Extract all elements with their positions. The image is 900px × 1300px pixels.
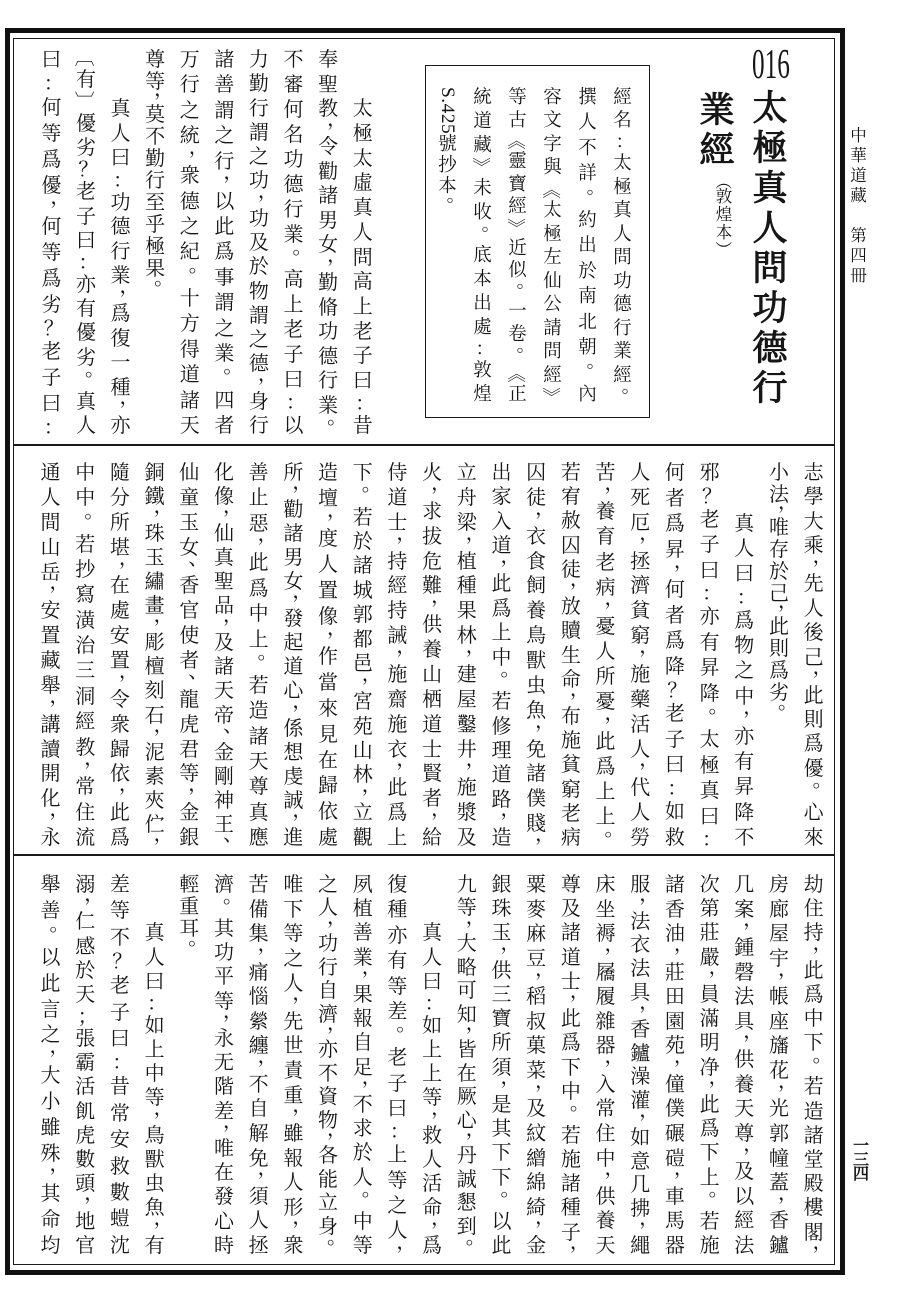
glyph: 太 — [700, 728, 720, 750]
punctuation: ， — [466, 1118, 486, 1129]
glyph: 寶 — [508, 174, 527, 195]
punctuation: 。 — [813, 769, 833, 787]
glyph: 唯 — [283, 873, 303, 895]
glyph: 須 — [249, 1185, 269, 1207]
glyph: 聖 — [214, 570, 234, 592]
glyph: 所 — [110, 511, 130, 533]
glyph: 布 — [561, 705, 581, 727]
glyph: 法 — [734, 985, 754, 1007]
glyph: 流 — [75, 826, 95, 848]
glyph: 不 — [353, 1093, 373, 1115]
punctuation: ， — [327, 616, 347, 627]
punctuation: ： — [147, 992, 167, 1010]
glyph: 曰 — [111, 146, 131, 168]
glyph: 優 — [76, 321, 96, 343]
punctuation: 。 — [189, 253, 209, 271]
text-column: 立舟梁，植種果林，建屋鑿井，施漿及 — [449, 461, 484, 848]
glyph: 三 — [491, 983, 511, 1005]
glyph: 此 — [387, 776, 407, 798]
glyph: 存 — [769, 538, 789, 560]
glyph: 德 — [318, 345, 338, 367]
glyph: 人 — [422, 1148, 442, 1170]
punctuation: 。 — [258, 640, 278, 658]
glyph: 問 — [753, 249, 788, 289]
glyph: 洞 — [75, 685, 95, 707]
glyph: 此 — [491, 1234, 511, 1256]
glyph: 供 — [596, 1185, 616, 1207]
punctuation: ： — [44, 72, 64, 90]
punctuation: ， — [639, 1099, 659, 1110]
glyph: 道 — [561, 946, 581, 968]
punctuation: ？ — [112, 950, 132, 968]
punctuation: ， — [674, 549, 694, 560]
glyph: 勞 — [630, 826, 650, 848]
glyph: 男 — [283, 546, 303, 568]
glyph: 本 — [473, 269, 492, 290]
glyph: 懇 — [457, 1191, 477, 1213]
punctuation: ： — [475, 339, 494, 356]
text-column: 銀珠玉，供三寶所須，是其下下。以此 — [484, 873, 519, 1256]
glyph: 上 — [145, 1038, 165, 1060]
glyph: 施 — [630, 663, 650, 685]
glyph: 如 — [422, 1014, 442, 1036]
glyph: 則 — [769, 637, 789, 659]
punctuation: ， — [778, 957, 798, 968]
bracket: 〕 — [77, 91, 95, 111]
glyph: 僕 — [665, 1097, 685, 1119]
glyph: 中 — [850, 126, 867, 146]
glyph: 厥 — [457, 1085, 477, 1107]
glyph: 樓 — [804, 1196, 824, 1218]
punctuation: ， — [639, 635, 659, 646]
glyph: 名 — [613, 110, 632, 131]
glyph: 有 — [734, 750, 754, 772]
glyph: 衆 — [110, 713, 130, 735]
glyph: 子 — [284, 343, 304, 365]
glyph: 高 — [284, 268, 304, 290]
glyph: 敦 — [716, 188, 733, 206]
glyph: 曰 — [41, 392, 61, 414]
glyph: 莊 — [700, 921, 720, 943]
text-column: 諸善謂之行，以此爲事謂之業。四者 — [207, 48, 242, 436]
text-column: 奉聖教，令勸諸男女，勤脩功德行業。 — [311, 48, 346, 436]
glyph: 自 — [353, 1031, 373, 1053]
punctuation: ， — [292, 471, 312, 482]
latin-run: S.425 — [437, 87, 458, 134]
glyph: 後 — [804, 621, 824, 643]
punctuation: 。 — [500, 1177, 520, 1195]
punctuation: ， — [292, 580, 312, 591]
punctuation: 。 — [50, 912, 70, 930]
punctuation: ， — [50, 798, 70, 809]
punctuation: ， — [674, 932, 694, 943]
punctuation: ？ — [44, 317, 64, 335]
glyph: 人 — [734, 537, 754, 559]
glyph: 老 — [665, 702, 685, 724]
glyph: 窮 — [561, 778, 581, 800]
glyph: 不 — [284, 48, 304, 70]
glyph: 來 — [804, 826, 824, 848]
glyph: 亦 — [700, 605, 720, 627]
glyph: 人 — [318, 553, 338, 575]
punctuation: ， — [535, 709, 555, 720]
glyph: 爲 — [561, 1031, 581, 1053]
glyph: 高 — [353, 270, 373, 292]
punctuation: ： — [286, 391, 306, 409]
glyph: 及 — [457, 826, 477, 848]
text-column: 出家入道，此爲上中。若修理道路，造 — [484, 461, 519, 848]
glyph: 之 — [214, 124, 234, 146]
glyph: 行 — [284, 198, 304, 220]
glyph: 劣 — [76, 136, 96, 158]
punctuation: ， — [119, 773, 139, 784]
glyph: 人 — [596, 640, 616, 662]
punctuation: ： — [44, 416, 64, 434]
punctuation: ， — [327, 498, 347, 509]
glyph: 人 — [804, 597, 824, 619]
glyph: 勸 — [318, 160, 338, 182]
glyph: 供 — [422, 613, 442, 635]
punctuation: ， — [535, 823, 555, 834]
glyph: 施 — [561, 1148, 581, 1170]
glyph: 求 — [422, 500, 442, 522]
glyph: 幢 — [769, 1147, 789, 1169]
glyph: 略 — [457, 956, 477, 978]
glyph: 近 — [508, 238, 527, 259]
glyph: 解 — [249, 1122, 269, 1144]
glyph: 人 — [145, 946, 165, 968]
glyph: 植 — [353, 897, 373, 919]
glyph: 爲 — [804, 732, 824, 754]
glyph: 真 — [613, 200, 632, 221]
indent-space — [353, 73, 373, 95]
glyph: 住 — [596, 1122, 616, 1144]
glyph: 字 — [543, 134, 562, 155]
document-page: 016 太極真人問功德行 業經 （敦煌本） 經名：太極真人問功德行業經。撰人不詳… — [0, 0, 900, 1300]
glyph: 子 — [353, 344, 373, 366]
glyph: 廊 — [769, 898, 789, 920]
glyph: 虛 — [353, 171, 373, 193]
glyph: 行 — [318, 956, 338, 978]
note-column: 經名：太極真人問功德行業經。 — [605, 87, 640, 405]
text-column: 志學大乘，先人後己，此則爲優。心來 — [796, 461, 831, 848]
glyph: 等 — [508, 87, 527, 108]
text-column: 若宥赦囚徒，放贖生命，布施貧窮老病 — [554, 461, 589, 848]
glyph: 衆 — [180, 164, 200, 186]
punctuation: ， — [154, 822, 174, 833]
glyph: 極 — [145, 235, 165, 257]
glyph: 入 — [491, 510, 511, 532]
glyph: 滿 — [700, 1007, 720, 1029]
punctuation: ， — [50, 185, 70, 196]
glyph: 銅 — [145, 461, 165, 483]
punctuation: 。 — [709, 695, 729, 713]
glyph: 天 — [180, 414, 200, 436]
glyph: 危 — [422, 550, 442, 572]
glyph: 來 — [318, 697, 338, 719]
punctuation: 。 — [813, 1043, 833, 1061]
glyph: 煌 — [716, 206, 733, 224]
punctuation: ， — [154, 713, 174, 724]
glyph: 人 — [422, 946, 442, 968]
punctuation: 。 — [447, 186, 466, 203]
glyph: 太 — [753, 89, 788, 129]
text-column: 房廊屋宇，帳座旛花，光郭幢蓋，香鑪 — [762, 873, 797, 1256]
glyph: 大 — [457, 932, 477, 954]
glyph: 帳 — [769, 985, 789, 1007]
glyph: 老 — [76, 180, 96, 202]
text-column: 服，法衣法具，香鑪澡灌，如意几拂，繩 — [623, 873, 658, 1256]
glyph: 繡 — [145, 570, 165, 592]
punctuation: ， — [605, 701, 625, 712]
glyph: 講 — [41, 713, 61, 735]
glyph: 則 — [804, 708, 824, 730]
glyph: 勤 — [145, 147, 165, 169]
punctuation: ： — [424, 992, 444, 1010]
glyph: 行 — [249, 97, 269, 119]
punctuation: ， — [743, 696, 763, 707]
glyph: 聖 — [318, 73, 338, 95]
punctuation: ， — [431, 798, 451, 809]
text-column: 濟。其功平等，永无階差，唯在發心時 — [207, 873, 242, 1256]
glyph: 其 — [491, 1117, 511, 1139]
glyph: 約 — [578, 210, 597, 231]
glyph: 天 — [249, 750, 269, 772]
glyph: 功 — [284, 148, 304, 170]
glyph: 赦 — [561, 509, 581, 531]
glyph: 能 — [318, 1168, 338, 1190]
glyph: 唯 — [769, 516, 789, 538]
glyph: 發 — [214, 1185, 234, 1207]
glyph: 於 — [75, 959, 95, 981]
glyph: 活 — [75, 1075, 95, 1097]
text-column: 銅鐵，珠玉繡畫，彫檀刻石，泥素夾伫， — [137, 461, 172, 848]
glyph: 山 — [353, 739, 373, 761]
punctuation: 。 — [622, 377, 641, 394]
bracket: 》 — [474, 158, 491, 177]
glyph: 天 — [214, 679, 234, 701]
glyph: 上 — [422, 1038, 442, 1060]
glyph: 撰 — [578, 87, 597, 108]
glyph: 種 — [561, 1196, 581, 1218]
glyph: 德 — [180, 190, 200, 212]
glyph: 觀 — [353, 826, 373, 848]
glyph: 植 — [457, 550, 477, 572]
text-column: 曰：何等爲優，何等爲劣？老子曰： — [34, 48, 69, 436]
punctuation: ， — [362, 662, 382, 673]
glyph: 爲 — [596, 755, 616, 777]
glyph: 施 — [387, 713, 407, 735]
glyph: 使 — [179, 624, 199, 646]
glyph: 爲 — [111, 302, 131, 324]
glyph: 爲 — [249, 577, 269, 599]
glyph: 在 — [457, 1062, 477, 1084]
glyph: 宥 — [561, 485, 581, 507]
glyph: 度 — [318, 527, 338, 549]
glyph: 人 — [76, 414, 96, 436]
glyph: 房 — [769, 873, 789, 895]
glyph: 此 — [561, 1007, 581, 1029]
glyph: 惱 — [249, 985, 269, 1007]
punctuation: ， — [813, 656, 833, 667]
text-column: 造壇，度人置像，作當來見在歸依處 — [311, 461, 346, 848]
glyph: 住 — [804, 897, 824, 919]
punctuation: ， — [362, 955, 382, 966]
glyph: 曰 — [76, 229, 96, 251]
glyph: 造 — [249, 699, 269, 721]
glyph: 真 — [353, 196, 373, 218]
punctuation: ， — [362, 774, 382, 785]
glyph: 所 — [596, 665, 616, 687]
glyph: 等 — [283, 922, 303, 944]
punctuation: 、 — [223, 822, 243, 833]
punctuation: ， — [500, 544, 520, 555]
glyph: 座 — [769, 1010, 789, 1032]
glyph: 立 — [353, 801, 373, 823]
glyph: 文 — [543, 110, 562, 131]
glyph: 死 — [630, 486, 650, 508]
glyph: 曰 — [284, 368, 304, 390]
glyph: 香 — [630, 1018, 650, 1040]
glyph: 舟 — [457, 486, 477, 508]
glyph: 何 — [665, 461, 685, 483]
glyph: 香 — [665, 898, 685, 920]
glyph: 奉 — [318, 48, 338, 70]
glyph: 爲 — [41, 267, 61, 289]
glyph: 見 — [318, 723, 338, 745]
note-column: 容文字與《太極左仙公請問經》 — [535, 87, 570, 405]
punctuation: ， — [709, 955, 729, 966]
text-column: 復種亦有等差。老子曰：上等之人， — [380, 873, 415, 1256]
text-column: 唯下等之人，先世責重，雖報人形，衆 — [276, 873, 311, 1256]
glyph: 德 — [753, 329, 788, 369]
glyph: 等 — [387, 1169, 407, 1191]
punctuation: ， — [639, 521, 659, 532]
glyph: 子 — [700, 533, 720, 555]
glyph: 所 — [491, 1031, 511, 1053]
punctuation: ， — [223, 161, 243, 172]
glyph: 拯 — [630, 550, 650, 572]
glyph: 號 — [438, 134, 457, 155]
text-number: 016 — [752, 44, 788, 86]
glyph: 出 — [491, 461, 511, 483]
glyph: 人 — [630, 801, 650, 823]
glyph: 子 — [387, 1072, 407, 1094]
glyph: 曰 — [387, 1097, 407, 1119]
glyph: 几 — [734, 873, 754, 895]
punctuation: ， — [778, 1069, 798, 1080]
text-column: 邪？老子曰：亦有昇降。太極真曰： — [692, 461, 727, 848]
glyph: 德 — [111, 215, 131, 237]
punctuation: ， — [396, 635, 416, 646]
glyph: 左 — [543, 247, 562, 268]
glyph: 邪 — [700, 461, 720, 483]
punctuation: ， — [258, 362, 278, 373]
glyph: 第 — [700, 897, 720, 919]
punctuation: ， — [154, 495, 174, 506]
glyph: 道 — [850, 166, 867, 186]
glyph: 此 — [769, 615, 789, 637]
glyph: 內 — [578, 384, 597, 405]
glyph: 活 — [630, 713, 650, 735]
punctuation: ， — [431, 1096, 451, 1107]
text-column: 侍道士，持經持誡，施齋施衣，此爲上 — [380, 461, 415, 848]
glyph: 此 — [249, 551, 269, 573]
punctuation: ， — [188, 773, 208, 784]
glyph: 都 — [353, 628, 373, 650]
glyph: 容 — [543, 87, 562, 108]
glyph: 不 — [110, 926, 130, 948]
glyph: 志 — [804, 461, 824, 483]
glyph: 發 — [283, 607, 303, 629]
glyph: 潢 — [75, 609, 95, 631]
punctuation: ？ — [702, 485, 722, 503]
glyph: 玉 — [145, 546, 165, 568]
glyph: 龍 — [179, 688, 199, 710]
glyph: 老 — [561, 802, 581, 824]
glyph: 諸 — [214, 48, 234, 70]
glyph: 立 — [318, 1191, 338, 1213]
indent-space — [850, 206, 867, 226]
glyph: 叔 — [526, 1010, 546, 1032]
punctuation: ， — [292, 982, 312, 993]
glyph: 乎 — [145, 213, 165, 235]
glyph: 鳥 — [526, 624, 546, 646]
punctuation: ， — [535, 496, 555, 507]
punctuation: ， — [50, 684, 70, 695]
punctuation: ， — [639, 990, 659, 1001]
glyph: 置 — [318, 579, 338, 601]
glyph: 養 — [422, 638, 442, 660]
text-column: 真人曰：如上中等，鳥獸虫魚，有 — [137, 873, 172, 1256]
glyph: 仁 — [75, 910, 95, 932]
punctuation: ， — [223, 495, 243, 506]
middle-section-text: 志學大乘，先人後己，此則爲優。心來小法，唯存於己，此則爲劣。 真人曰：爲物之中，… — [33, 461, 831, 848]
glyph: 養 — [734, 1073, 754, 1095]
title-line-2: 業經 — [697, 91, 737, 171]
indent-space — [111, 73, 131, 95]
punctuation: ， — [223, 999, 243, 1010]
glyph: 行 — [249, 414, 269, 436]
text-column: 几案，鍾磬法具，供養天尊，及以經法 — [727, 873, 762, 1256]
glyph: 諸 — [353, 554, 373, 576]
glyph: 爲 — [387, 801, 407, 823]
glyph: 如 — [665, 800, 685, 822]
glyph: 於 — [769, 560, 789, 582]
text-column: 不審何名功德行業。高上老子曰：以 — [276, 48, 311, 436]
glyph: 中 — [353, 1210, 373, 1232]
glyph: 太 — [543, 200, 562, 221]
glyph: 等 — [41, 241, 61, 263]
glyph: 物 — [734, 634, 754, 656]
glyph: 无 — [214, 1051, 234, 1073]
glyph: 至 — [145, 191, 165, 213]
glyph: 此 — [804, 684, 824, 706]
glyph: 施 — [561, 729, 581, 751]
glyph: 曰 — [422, 970, 442, 992]
glyph: 代 — [630, 776, 650, 798]
glyph: 之 — [734, 659, 754, 681]
punctuation: 。 — [85, 357, 105, 375]
glyph: 之 — [214, 317, 234, 339]
punctuation: ， — [50, 571, 70, 582]
glyph: 真 — [700, 779, 720, 801]
glyph: 曰 — [665, 753, 685, 775]
glyph: 平 — [214, 965, 234, 987]
glyph: 金 — [179, 801, 199, 823]
glyph: 數 — [110, 1181, 130, 1203]
glyph: 下 — [700, 1141, 720, 1163]
